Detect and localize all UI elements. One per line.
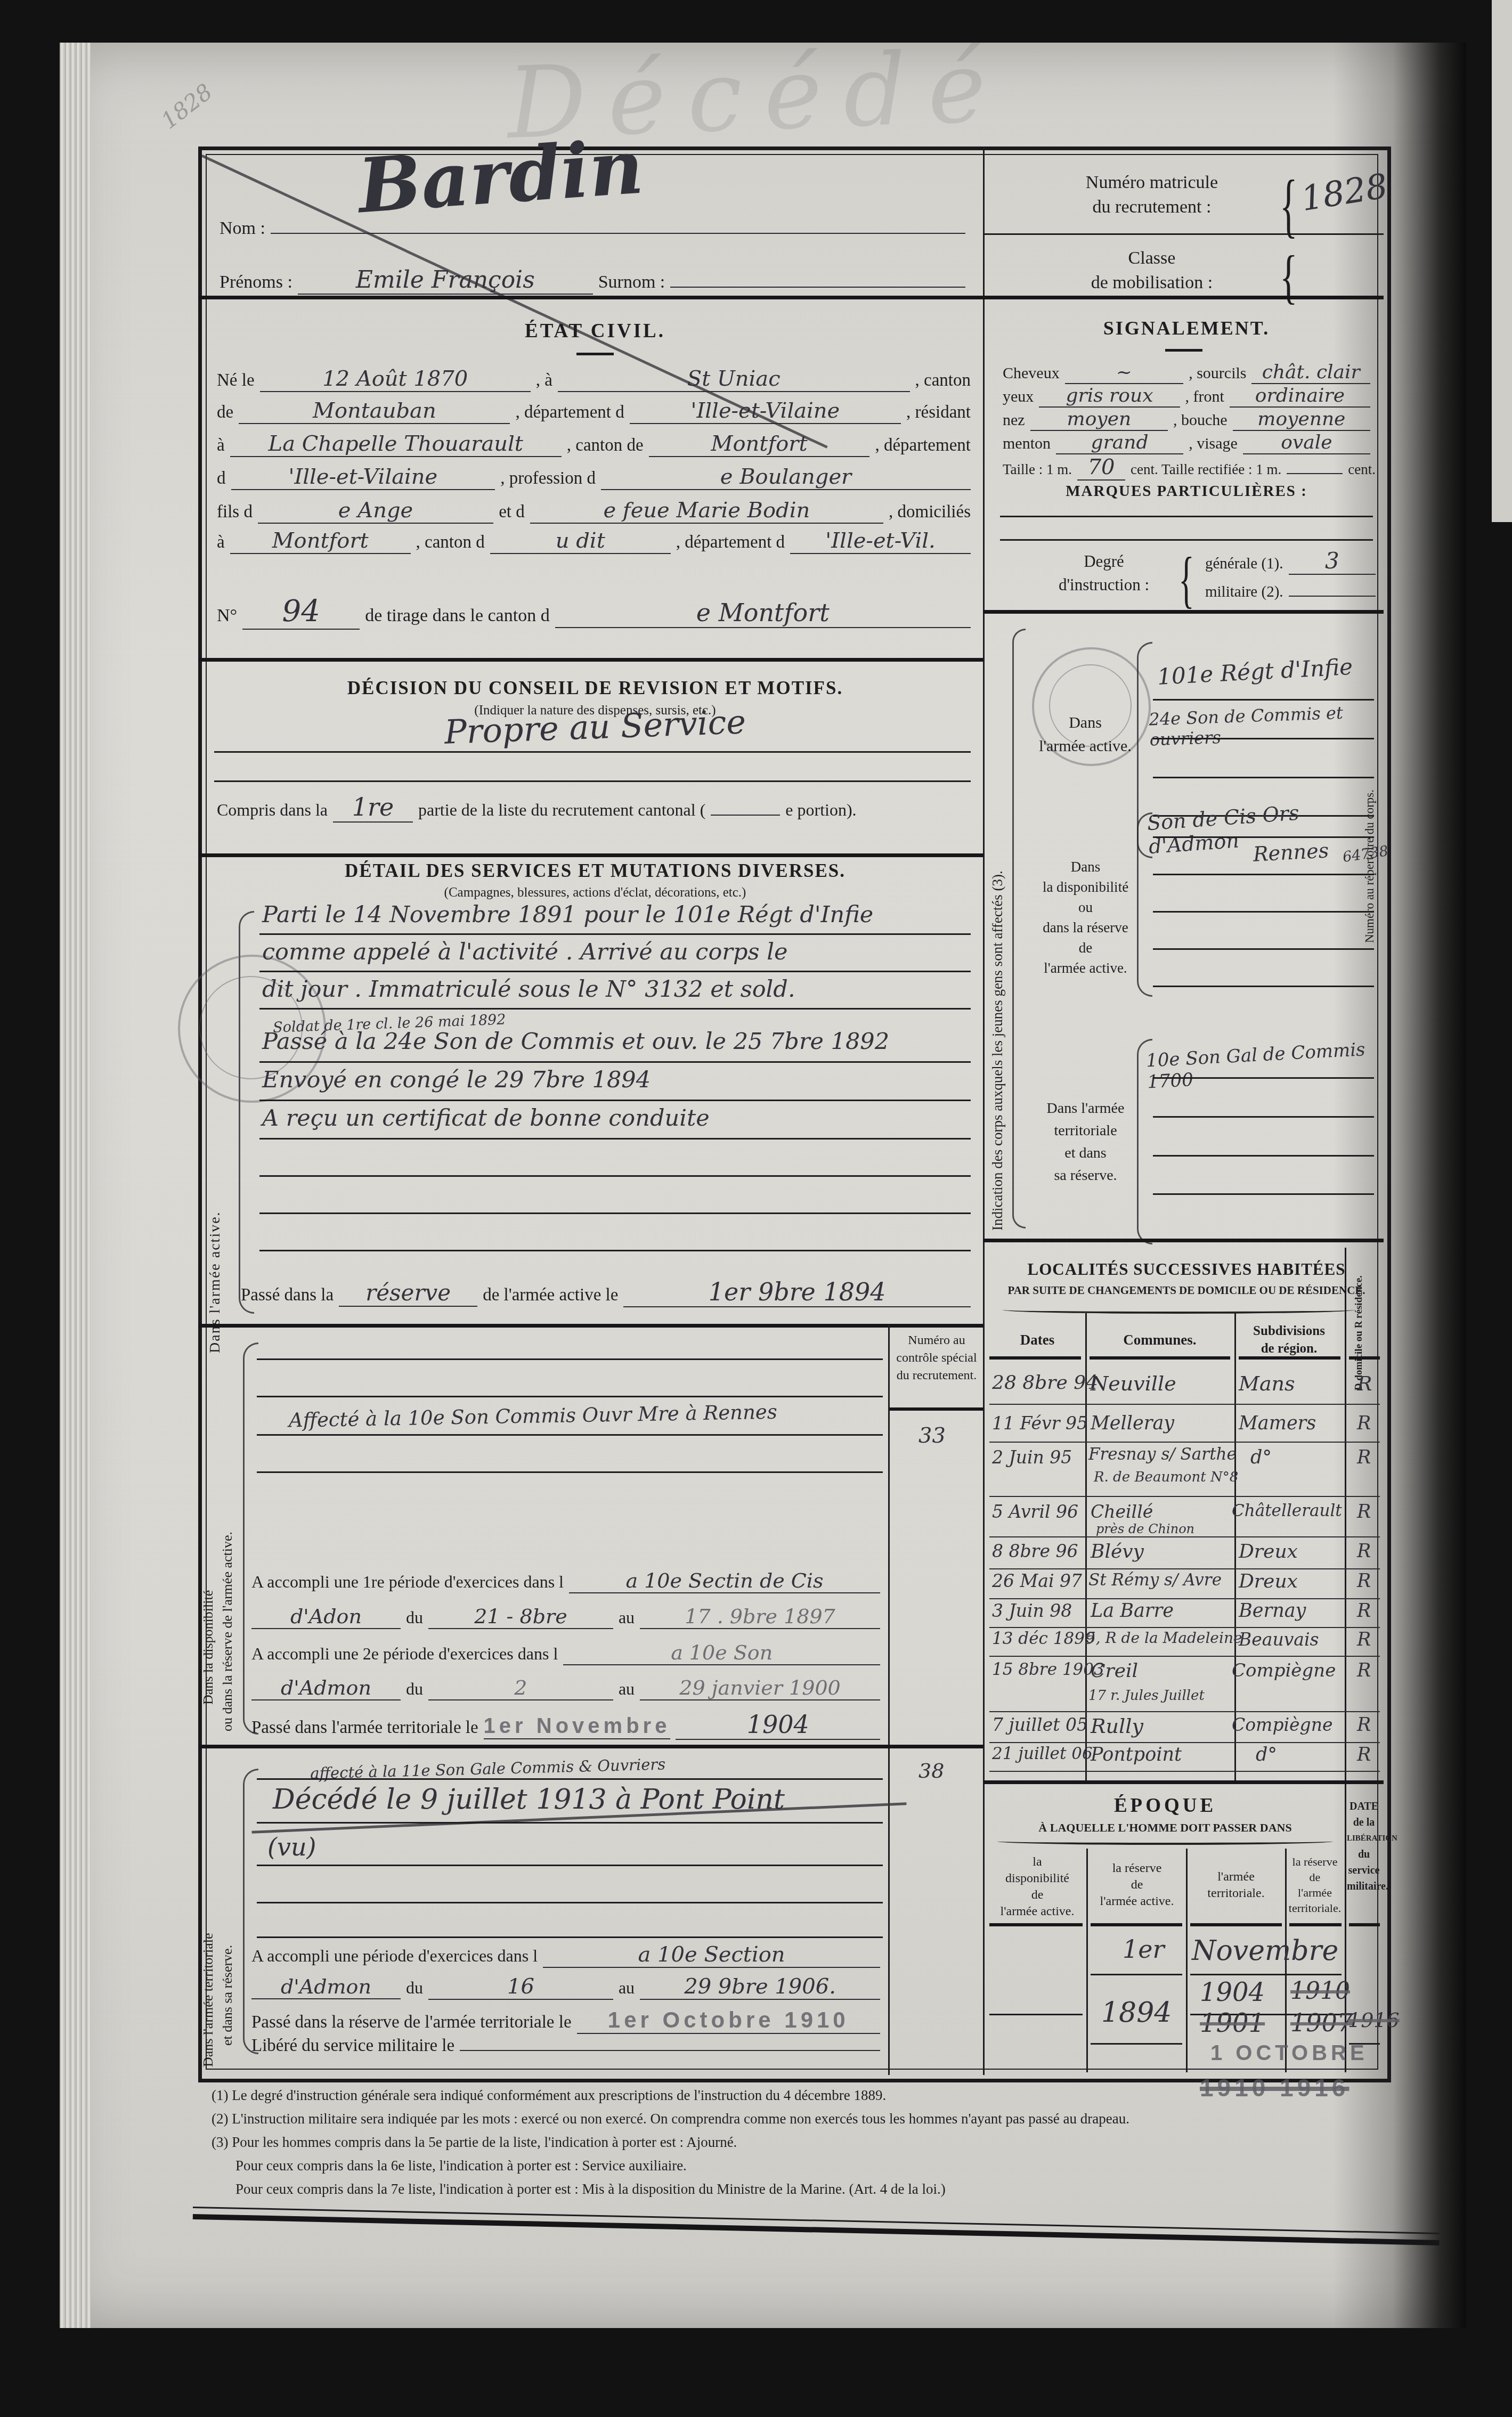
- label: e portion).: [785, 800, 856, 820]
- periode3-unit: a 10e Section: [543, 1942, 880, 1968]
- label: Compris dans la: [217, 800, 328, 820]
- epoque-value-1894: 1894: [1101, 1997, 1172, 2029]
- footnote-5: Pour ceux compris dans la 7e liste, l'in…: [235, 2181, 1389, 2198]
- residence-departement: 'Ille-et-Vilaine: [231, 465, 495, 490]
- table-row: 15 8bre 1903 Creil 17 r. Jules Juillet C…: [989, 1658, 1380, 1712]
- vu-note: (vu): [267, 1833, 316, 1861]
- cell-commune: Rully: [1091, 1714, 1143, 1738]
- dispo-vertical-label-1: Dans la disponibilité: [200, 1364, 216, 1705]
- rule: [1153, 699, 1374, 701]
- terr-label-4: sa réserve.: [1034, 1165, 1137, 1187]
- periode2-unit2: d'Admon: [251, 1676, 401, 1700]
- nom-row: Nom :: [220, 218, 965, 239]
- passe-reserve-date: 1er 9bre 1894: [623, 1277, 971, 1307]
- periode2-to: 29 janvier 1900: [640, 1676, 880, 1700]
- controle-number-38: 38: [918, 1759, 944, 1783]
- tirage-canton: e Montfort: [555, 598, 971, 628]
- service-line-3: dit jour . Immatriculé sous le N° 3132 e…: [262, 976, 971, 1003]
- page-stack-edges: [60, 43, 91, 2328]
- col-header-subdiv: Subdivisions de région.: [1237, 1322, 1341, 1357]
- rule: [1153, 1155, 1374, 1157]
- date-header-5: militaire.: [1347, 1878, 1381, 1894]
- c3-line: territoriale.: [1188, 1885, 1284, 1902]
- rule: [1090, 1356, 1230, 1360]
- rule: [1091, 2043, 1182, 2045]
- rule: [1153, 777, 1374, 778]
- sourcils-value: chât. clair: [1251, 361, 1370, 384]
- corps-brace: [1012, 629, 1026, 1228]
- cell-commune: La Barre: [1091, 1600, 1174, 1622]
- territoriale-date-stamp: 1er Novembre: [484, 1714, 671, 1739]
- rule: [890, 1407, 983, 1411]
- cent-label: cent.: [1348, 461, 1376, 478]
- etat-line-6: à Montfort , canton d u dit , départemen…: [217, 528, 971, 554]
- dispo-label-6: l'armée active.: [1034, 958, 1137, 978]
- terr-corps-label: Dans l'armée territoriale et dans sa rés…: [1034, 1097, 1137, 1187]
- rule: [214, 751, 971, 753]
- rule: [1349, 1356, 1380, 1360]
- service-line-1: Parti le 14 Novembre 1891 pour le 101e R…: [262, 901, 971, 928]
- matricule-label-2: du recrutement :: [1024, 195, 1280, 219]
- rule: [198, 296, 1384, 299]
- label: , à: [536, 371, 552, 390]
- rule: [1239, 1356, 1340, 1360]
- sig-row-4: menton grand , visage ovale: [1003, 432, 1370, 454]
- cell-date: 21 juillet 06: [992, 1744, 1093, 1763]
- etat-line-4: d 'Ille-et-Vilaine , profession d e Boul…: [217, 465, 971, 490]
- label: du: [406, 1978, 423, 1998]
- label: du: [406, 1608, 423, 1627]
- rule: [257, 1471, 883, 1473]
- service-line-6: A reçu un certificat de bonne conduite: [262, 1105, 971, 1132]
- periode3-unit2: d'Admon: [251, 1975, 401, 1999]
- c3-line: l'armée: [1188, 1869, 1284, 1885]
- label: au: [619, 1679, 635, 1699]
- rule: [1091, 1923, 1182, 1926]
- footnote-3: (3) Pour les hommes compris dans la 5e p…: [212, 2134, 1389, 2151]
- etat-civil-title: ÉTAT CIVIL.: [217, 320, 973, 343]
- corps-vertical-label: Indication des corps auxquels les jeunes…: [989, 623, 1006, 1231]
- cell-date: 11 Févr 95: [992, 1413, 1088, 1434]
- rule: [1153, 874, 1374, 875]
- cell-subdiv: Dreux: [1239, 1570, 1298, 1592]
- table-row: 11 Févr 95 Melleray Mamers R: [989, 1413, 1380, 1443]
- residence-canton: Montfort: [649, 432, 870, 457]
- label: partie de la liste du recrutement canton…: [418, 800, 705, 820]
- dispo-label: Dans la disponibilité ou dans la réserve…: [1034, 857, 1137, 978]
- cell-dr: R: [1357, 1600, 1371, 1622]
- terr-vertical-label-2: et dans sa réserve.: [220, 1795, 235, 2046]
- surnom-line: [670, 287, 965, 288]
- epoque-col4-header: la réserve de l'armée territoriale.: [1287, 1854, 1343, 1916]
- terr-vertical-label-1: Dans l'armée territoriale: [200, 1769, 216, 2067]
- controle-divider: [888, 1324, 890, 2075]
- cell-commune: 5, R de la Madeleine: [1086, 1629, 1242, 1647]
- cell-dr: R: [1357, 1629, 1371, 1650]
- c2-line: l'armée active.: [1089, 1893, 1185, 1910]
- pencil-number: 1828: [156, 78, 217, 134]
- cheveux-value: ~: [1065, 361, 1184, 384]
- domicile-departement: 'Ille-et-Vil.: [790, 528, 971, 554]
- cell-commune: Neuville: [1091, 1372, 1176, 1395]
- col-header-subdiv-2: de région.: [1237, 1340, 1341, 1357]
- rule: [259, 1250, 971, 1251]
- label: , canton de: [567, 436, 644, 455]
- periode1-from: 21 - 8bre: [428, 1605, 613, 1629]
- rule: [983, 1239, 1384, 1242]
- militaire-label: militaire (2).: [1205, 583, 1283, 601]
- passe-reserve-value: réserve: [339, 1280, 477, 1307]
- reserve-terr-date-stamp: 1er Octobre 1910: [577, 2007, 880, 2034]
- rule: [1153, 1116, 1374, 1118]
- deces-note: Décédé le 9 juillet 1913 à Pont Point: [273, 1784, 912, 1816]
- services-subtitle: (Campagnes, blessures, actions d'éclat, …: [217, 885, 973, 900]
- terr-label-1: Dans l'armée: [1034, 1097, 1137, 1120]
- rule: [1000, 516, 1373, 517]
- menton-value: grand: [1056, 432, 1183, 454]
- rule: [257, 1865, 883, 1866]
- table-row: 5 Avril 96 Cheillé près de Chinon Châtel…: [989, 1501, 1380, 1537]
- nom-line: [271, 233, 965, 234]
- dispo-vertical-label-2: ou dans la réserve de l'armée active.: [220, 1342, 235, 1731]
- cell-commune: Blévy: [1091, 1541, 1144, 1562]
- controle-header: Numéro au contrôle spécial du recrutemen…: [891, 1332, 982, 1385]
- cell-dr: R: [1357, 1447, 1371, 1468]
- armee-active-label: Dans l'armée active.: [1035, 711, 1136, 758]
- prenoms-value: Emile François: [298, 266, 593, 295]
- domicile-canton: u dit: [490, 528, 671, 554]
- localites-title: LOCALITÉS SUCCESSIVES HABITÉES: [989, 1260, 1384, 1279]
- rule: [214, 780, 971, 782]
- rule: [1289, 1923, 1342, 1926]
- cell-commune-2: près de Chinon: [1096, 1521, 1194, 1536]
- flourish: [997, 1838, 1333, 1845]
- rule: [257, 1396, 883, 1397]
- epoque-divider: [1086, 1849, 1088, 2072]
- scan-canvas: 1828 Décédé Bardin Nom : Prénoms : Emile…: [0, 0, 1512, 2417]
- rule: [989, 1923, 1083, 1926]
- cell-date: 15 8bre 1903: [992, 1660, 1104, 1679]
- c4-line: l'armée: [1287, 1885, 1343, 1900]
- table-row: 26 Mai 97 St Rémy s/ Avre Dreux R: [989, 1570, 1380, 1599]
- residence-commune: La Chapelle Thouarault: [230, 432, 562, 457]
- rule: [198, 1745, 983, 1748]
- label: et d: [499, 502, 525, 522]
- cell-date: 8 8bre 96: [992, 1541, 1078, 1561]
- rule: [1349, 1923, 1380, 1926]
- table-row: 28 8bre 94 Neuville Mans R: [989, 1372, 1380, 1405]
- periode1-unit: a 10e Sectin de Cis: [569, 1569, 880, 1593]
- c1-line: disponibilité: [989, 1870, 1085, 1887]
- periode1-row2: d'Adon du 21 - 8bre au 17 . 9bre 1897: [251, 1605, 880, 1629]
- label: au: [619, 1978, 635, 1998]
- date-header-3: LIBÉRATION: [1347, 1830, 1381, 1846]
- rule: [1153, 836, 1374, 838]
- sourcils-label: , sourcils: [1189, 364, 1246, 383]
- epoque-title: ÉPOQUE: [989, 1794, 1341, 1817]
- cell-commune-2: R. de Beaumont N°8: [1094, 1469, 1238, 1485]
- passe-reserve-row: Passé dans la réserve de l'armée active …: [241, 1277, 971, 1307]
- label: de tirage dans le canton d: [365, 606, 549, 626]
- nom-label: Nom :: [220, 218, 265, 239]
- compris-row: Compris dans la 1re partie de la liste d…: [217, 793, 971, 823]
- cell-dr: R: [1357, 1372, 1372, 1395]
- decision-title: DÉCISION DU CONSEIL DE REVISION ET MOTIF…: [217, 678, 973, 699]
- matricule-label-1: Numéro matricule: [1024, 170, 1280, 195]
- rule: [1153, 738, 1374, 739]
- territoriale-date-year: 1904: [676, 1710, 880, 1740]
- label: du: [406, 1679, 423, 1699]
- periode1-to: 17 . 9bre 1897: [640, 1605, 880, 1629]
- dispo-value-2: Rennes: [1253, 839, 1329, 866]
- service-line-2: comme appelé à l'activité . Arrivé au co…: [262, 939, 971, 965]
- nez-label: nez: [1003, 411, 1025, 429]
- date-header-2: de la: [1347, 1814, 1381, 1830]
- sig-row-3: nez moyen , bouche moyenne: [1003, 408, 1370, 431]
- footnote-2: (2) L'instruction militaire sera indiqué…: [212, 2111, 1400, 2127]
- matricule-brace: {: [1280, 166, 1298, 247]
- c2-line: de: [1089, 1877, 1185, 1893]
- generale-value: 3: [1289, 548, 1376, 575]
- degre-militaire-row: militaire (2).: [1205, 583, 1376, 601]
- degre-label: Degré d'instruction :: [1035, 550, 1173, 597]
- rule: [1153, 1077, 1374, 1079]
- cell-date: 13 déc 1899: [992, 1629, 1095, 1648]
- label: , département d: [676, 533, 785, 552]
- date-header-1: DATE: [1347, 1798, 1381, 1814]
- next-page-sliver: [1492, 0, 1512, 522]
- label: , département: [875, 436, 971, 455]
- degre-generale-row: générale (1). 3: [1205, 548, 1376, 575]
- taille-rect-line: [1287, 473, 1343, 474]
- cell-commune: St Rémy s/ Avre: [1088, 1570, 1222, 1590]
- epoque-value-1er: 1er: [1123, 1935, 1164, 1964]
- c1-line: de: [989, 1887, 1085, 1903]
- epoque-value-1910-crossed: 1910: [1290, 1977, 1350, 2005]
- periode2-unit: a 10e Son: [563, 1641, 880, 1665]
- dispo-label-3: ou: [1034, 897, 1137, 917]
- c4-line: la réserve: [1287, 1854, 1343, 1869]
- rule: [257, 1822, 883, 1824]
- cell-date: 2 Juin 95: [992, 1447, 1072, 1468]
- epoque-value-1907-crossed: 1907: [1290, 2008, 1353, 2037]
- rule: [259, 1212, 971, 1214]
- label: Passé dans l'armée territoriale le: [251, 1718, 478, 1738]
- service-line-5: Envoyé en congé le 29 7bre 1894: [262, 1067, 971, 1093]
- octobre-stamp: 1 OCTOBRE: [1210, 2041, 1368, 2065]
- column-divider: [983, 147, 985, 2075]
- title-dash: [1165, 349, 1202, 352]
- years-stamp-crossed: 1910 1916: [1200, 2073, 1349, 2102]
- cell-dr: R: [1357, 1714, 1371, 1736]
- label: , canton: [915, 371, 971, 390]
- cell-dr: R: [1357, 1744, 1371, 1765]
- periode3-row2: d'Admon du 16 au 29 9bre 1906.: [251, 1974, 880, 2000]
- label: d: [217, 469, 226, 489]
- nez-value: moyen: [1030, 408, 1168, 431]
- label: A accompli une 2e période d'exercices da…: [251, 1644, 558, 1664]
- rule: [983, 1780, 1384, 1784]
- cell-date: 28 8bre 94: [992, 1372, 1098, 1394]
- rule: [983, 610, 1384, 614]
- cell-dr: R: [1357, 1541, 1371, 1562]
- armee-active-label-1: Dans: [1035, 711, 1136, 735]
- epoque-col2-header: la réserve de l'armée active.: [1089, 1860, 1185, 1910]
- dispo-label-2: la disponibilité: [1034, 877, 1137, 897]
- label: au: [619, 1608, 635, 1627]
- services-title: DÉTAIL DES SERVICES ET MUTATIONS DIVERSE…: [217, 860, 973, 882]
- epoque-value-1901-crossed: 1901: [1200, 2008, 1265, 2038]
- label: Libéré du service militaire le: [251, 2036, 454, 2056]
- cell-subdiv: Dreux: [1239, 1541, 1298, 1562]
- cheveux-label: Cheveux: [1003, 364, 1060, 383]
- cell-date: 26 Mai 97: [992, 1570, 1082, 1591]
- c4-line: territoriale.: [1287, 1900, 1343, 1916]
- birth-place: St Uniac: [558, 367, 910, 392]
- front-label: , front: [1185, 388, 1224, 406]
- cell-commune: Fresnay s/ Sarthe: [1088, 1445, 1237, 1464]
- surnom-label: Surnom :: [598, 272, 665, 292]
- rule: [198, 853, 983, 857]
- label: à: [217, 533, 225, 552]
- periode3-row: A accompli une période d'exercices dans …: [251, 1942, 880, 1968]
- classe-brace: {: [1280, 244, 1298, 312]
- col-header-dr: D domicile ou R résidence.: [1353, 1263, 1365, 1390]
- rule: [259, 1061, 971, 1063]
- epoque-value-1916-crossed: 1916: [1348, 2008, 1400, 2032]
- visage-label: , visage: [1189, 435, 1238, 453]
- taille-label: Taille : 1 m.: [1003, 461, 1072, 478]
- taille-value: 70: [1077, 455, 1125, 481]
- label: fils d: [217, 502, 253, 522]
- rule: [1190, 1923, 1282, 1926]
- periode1-unit2: d'Adon: [251, 1605, 401, 1629]
- cell-date: 3 Juin 98: [992, 1600, 1072, 1621]
- birth-departement: 'Ille-et-Vilaine: [630, 398, 901, 424]
- c1-line: la: [989, 1854, 1085, 1870]
- visage-value: ovale: [1243, 432, 1370, 454]
- date-liberation-header: DATE de la LIBÉRATION du service militai…: [1347, 1798, 1381, 1894]
- birth-date: 12 Août 1870: [260, 367, 531, 392]
- cell-subdiv: Mans: [1239, 1372, 1295, 1395]
- classe-label: Classe de mobilisation :: [1024, 246, 1280, 295]
- passe-territoriale-row: Passé dans l'armée territoriale le 1er N…: [251, 1710, 880, 1740]
- label: , profession d: [500, 469, 596, 489]
- c4-line: de: [1287, 1869, 1343, 1885]
- menton-label: menton: [1003, 435, 1051, 453]
- cell-dr: R: [1357, 1501, 1371, 1523]
- service-line-4: Passé à la 24e Son de Commis et ouv. le …: [262, 1028, 971, 1055]
- sig-row-taille: Taille : 1 m. 70 cent. Taille rectifiée …: [1003, 455, 1376, 481]
- cell-subdiv: Compiègne: [1232, 1714, 1333, 1735]
- armee-active-value-2: 24e Son de Commis et ouvriers: [1149, 702, 1379, 750]
- sig-row-1: Cheveux ~ , sourcils chât. clair: [1003, 361, 1370, 384]
- cell-date: 5 Avril 96: [992, 1501, 1078, 1522]
- etat-line-1: Né le 12 Août 1870 , à St Uniac , canton: [217, 367, 971, 392]
- dispo-label-4: dans la réserve: [1034, 917, 1137, 938]
- taille-rect-label: cent. Taille rectifiée : 1 m.: [1131, 461, 1281, 478]
- degre-label-2: d'instruction :: [1035, 573, 1173, 597]
- rule: [259, 1175, 971, 1177]
- rule: [259, 1138, 971, 1140]
- classe-label-2: de mobilisation :: [1024, 271, 1280, 295]
- col-header-dates: Dates: [989, 1332, 1085, 1348]
- epoque-col1-header: la disponibilité de l'armée active.: [989, 1854, 1085, 1920]
- degre-brace: {: [1178, 544, 1194, 616]
- periode2-row: A accompli une 2e période d'exercices da…: [251, 1641, 880, 1665]
- signalement-title: SIGNALEMENT.: [989, 317, 1384, 339]
- militaire-line: [1289, 596, 1376, 597]
- controle-number-33: 33: [918, 1423, 946, 1448]
- rule: [983, 233, 1384, 235]
- epoque-col3-header: l'armée territoriale.: [1188, 1869, 1284, 1902]
- rule: [257, 1936, 883, 1938]
- table-row: 21 juillet 06 Pontpoint d° R: [989, 1744, 1380, 1772]
- cell-dr: R: [1357, 1413, 1371, 1434]
- rule: [257, 1358, 883, 1360]
- document-page: 1828 Décédé Bardin Nom : Prénoms : Emile…: [60, 43, 1466, 2328]
- dispo-label-5: de: [1034, 938, 1137, 958]
- libere-row: Libéré du service militaire le: [251, 2036, 880, 2056]
- rule: [198, 658, 983, 662]
- label: A accompli une 1re période d'exercices d…: [251, 1572, 564, 1592]
- label: à: [217, 436, 225, 455]
- classe-label-1: Classe: [1024, 246, 1280, 271]
- rule: [1190, 1974, 1342, 1975]
- repertoire-vertical-label: Numéro au répertoire du corps.: [1363, 645, 1377, 943]
- sig-row-2: yeux gris roux , front ordinaire: [1003, 385, 1370, 408]
- footnote-4: Pour ceux compris dans la 6e liste, l'in…: [235, 2158, 1389, 2174]
- table-row: 7 juillet 05 Rully Compiègne R: [989, 1714, 1380, 1743]
- table-row: 13 déc 1899 5, R de la Madeleine Beauvai…: [989, 1629, 1380, 1657]
- father-name: e Ange: [258, 498, 493, 524]
- terr-label-3: et dans: [1034, 1142, 1137, 1165]
- epoque-value-novembre: Novembre: [1192, 1935, 1338, 1967]
- rule: [1091, 1974, 1182, 1975]
- periode2-from: 2: [428, 1676, 613, 1700]
- label: , canton d: [416, 533, 485, 552]
- domicile-commune: Montfort: [230, 528, 411, 554]
- etat-line-2: de Montauban , département d 'Ille-et-Vi…: [217, 398, 971, 424]
- cell-subdiv: Compiègne: [1232, 1660, 1336, 1681]
- etat-line-5: fils d e Ange et d e feue Marie Bodin , …: [217, 498, 971, 524]
- c2-line: la réserve: [1089, 1860, 1185, 1877]
- armee-active-label-2: l'armée active.: [1035, 735, 1136, 758]
- tirage-number: 94: [242, 594, 360, 630]
- cell-commune: Creil: [1091, 1660, 1138, 1682]
- rule: [198, 1324, 983, 1328]
- table-row: 8 8bre 96 Blévy Dreux R: [989, 1541, 1380, 1569]
- liste-partie: 1re: [333, 793, 413, 823]
- cell-subdiv: Bernay: [1239, 1600, 1306, 1622]
- cell-commune: Pontpoint: [1091, 1744, 1182, 1765]
- rule: [989, 2014, 1083, 2015]
- matricule-label: Numéro matricule du recrutement :: [1024, 170, 1280, 219]
- label: de l'armée active le: [483, 1285, 618, 1305]
- rule: [989, 1356, 1081, 1360]
- rule: [1000, 539, 1373, 541]
- cell-subdiv: Beauvais: [1239, 1629, 1319, 1650]
- yeux-value: gris roux: [1039, 385, 1180, 408]
- epoque-value-1904: 1904: [1200, 1977, 1265, 2007]
- label: , résidant: [906, 403, 971, 422]
- libere-line: [460, 2050, 880, 2051]
- cell-subdiv: Châtellerault: [1232, 1501, 1342, 1520]
- col-header-subdiv-1: Subdivisions: [1237, 1322, 1341, 1340]
- c1-line: l'armée active.: [989, 1903, 1085, 1920]
- rule: [259, 1100, 971, 1101]
- rule: [1153, 911, 1374, 913]
